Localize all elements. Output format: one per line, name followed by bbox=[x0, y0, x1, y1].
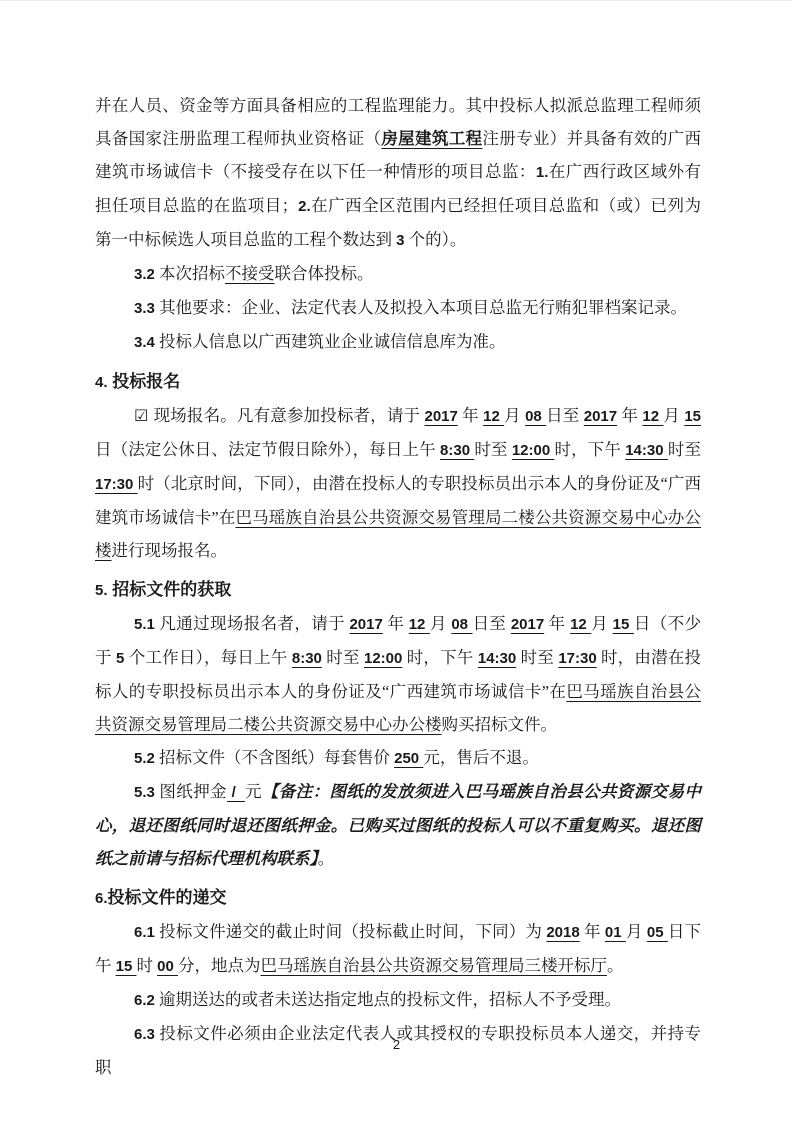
text-run: 本次招标 bbox=[155, 264, 225, 283]
text-run: 3.4 bbox=[134, 334, 155, 351]
body-paragraph-5-2: 5.2 招标文件（不含图纸）每套售价 250 元，售后不退。 bbox=[95, 741, 701, 775]
text-run: 时 bbox=[136, 956, 157, 975]
section-heading-6: 6.投标文件的递交 bbox=[95, 881, 701, 915]
text-run: 月 bbox=[504, 406, 525, 425]
text-run: 3.3 bbox=[134, 300, 155, 317]
section-heading-4: 4. 投标报名 bbox=[95, 365, 701, 399]
text-run: 年 bbox=[458, 406, 483, 425]
text-run: 08 bbox=[525, 408, 546, 425]
text-run: 。 bbox=[318, 849, 335, 868]
text-run: 5.2 bbox=[134, 750, 155, 767]
text-run: 2018 bbox=[546, 924, 579, 941]
text-run: / bbox=[227, 784, 245, 801]
text-run: 日至 bbox=[473, 614, 511, 633]
text-run: 月 bbox=[663, 406, 684, 425]
text-run: 6.1 bbox=[134, 924, 155, 941]
text-run: 招标文件的获取 bbox=[108, 580, 232, 599]
text-run: 不接受 bbox=[225, 264, 275, 283]
text-run: 逾期送达的或者未送达指定地点的投标文件，招标人不予受理。 bbox=[155, 990, 621, 1009]
text-run: 其他要求：企业、法定代表人及拟投入本项目总监无行贿犯罪档案记录。 bbox=[155, 298, 687, 317]
text-run: 房屋建筑工程 bbox=[381, 129, 482, 148]
text-run: 年 bbox=[383, 614, 409, 633]
text-run: 12 bbox=[483, 408, 504, 425]
text-run: 现场报名。凡有意参加投标者，请于 bbox=[154, 406, 425, 425]
body-paragraph-3-3: 3.3 其他要求：企业、法定代表人及拟投入本项目总监无行贿犯罪档案记录。 bbox=[95, 291, 701, 325]
text-run: 联合体投标。 bbox=[274, 264, 373, 283]
text-run: 17:30 bbox=[558, 650, 596, 667]
text-run: 。 bbox=[607, 956, 624, 975]
text-run: 凡通过现场报名者，请于 bbox=[155, 614, 350, 633]
text-run: 元，售后不退。 bbox=[423, 748, 539, 767]
text-run: 2017 bbox=[349, 616, 382, 633]
text-run: 时至 bbox=[474, 440, 512, 459]
text-run: 6. bbox=[95, 890, 108, 907]
text-run: 2017 bbox=[584, 408, 617, 425]
body-paragraph-6-2: 6.2 逾期送达的或者未送达指定地点的投标文件，招标人不予受理。 bbox=[95, 983, 701, 1017]
text-run: 8:30 bbox=[440, 442, 474, 459]
text-run: 2017 bbox=[425, 408, 458, 425]
text-run: 月 bbox=[626, 922, 647, 941]
text-run: 6.2 bbox=[134, 992, 155, 1009]
text-run: 投标文件的递交 bbox=[108, 888, 227, 907]
text-run: 2. bbox=[298, 198, 311, 215]
section-heading-5: 5. 招标文件的获取 bbox=[95, 573, 701, 607]
text-run: 年 bbox=[617, 406, 642, 425]
body-paragraph-3-1-continued: 并在人员、资金等方面具备相应的工程监理能力。其中投标人拟派总监理工程师须具备国家… bbox=[95, 89, 701, 257]
text-run: 投标报名 bbox=[108, 372, 181, 391]
text-run: 时，下午 bbox=[402, 648, 478, 667]
body-paragraph-3-4: 3.4 投标人信息以广西建筑业企业诚信信息库为准。 bbox=[95, 325, 701, 359]
text-run: 巴马瑶族自治县公共资源交易管理局三楼开标厅 bbox=[260, 956, 607, 975]
text-run: 时至 bbox=[668, 440, 701, 459]
text-run: 进行现场报名。 bbox=[112, 541, 228, 560]
text-run: 4. bbox=[95, 374, 108, 391]
text-run: 时，下午 bbox=[554, 440, 625, 459]
body-paragraph-5-3: 5.3 图纸押金 / 元【备注：图纸的发放须进入巴马瑶族自治县公共资源交易中心，… bbox=[95, 775, 701, 875]
text-run: 日至 bbox=[546, 406, 584, 425]
text-run: 元 bbox=[245, 782, 262, 801]
text-run: 15 bbox=[613, 616, 634, 633]
text-run: 年 bbox=[580, 922, 605, 941]
text-run: 250 bbox=[394, 750, 423, 767]
text-run: 时至 bbox=[516, 648, 558, 667]
text-run: 05 bbox=[647, 924, 668, 941]
text-run: 个工作日），每日上午 bbox=[124, 648, 291, 667]
body-paragraph-3-2: 3.2 本次招标不接受联合体投标。 bbox=[95, 257, 701, 291]
body-paragraph-5-1: 5.1 凡通过现场报名者，请于 2017 年 12 月 08 日至 2017 年… bbox=[95, 607, 701, 741]
text-run: 12 bbox=[570, 616, 591, 633]
text-run: 14:30 bbox=[625, 442, 668, 459]
text-run: 分，地点为 bbox=[178, 956, 261, 975]
text-run: 15 bbox=[116, 958, 137, 975]
text-run: 5. bbox=[95, 582, 108, 599]
text-run: 00 bbox=[157, 958, 178, 975]
text-run: 投标文件递交的截止时间（投标截止时间，下同）为 bbox=[155, 922, 546, 941]
text-run: 月 bbox=[430, 614, 451, 633]
text-run: 5.1 bbox=[134, 616, 155, 633]
text-run: 12:00 bbox=[512, 442, 555, 459]
text-run: 招标文件（不含图纸）每套售价 bbox=[155, 748, 394, 767]
body-paragraph-6-1: 6.1 投标文件递交的截止时间（投标截止时间，下同）为 2018 年 01 月 … bbox=[95, 915, 701, 983]
text-run: 8:30 bbox=[292, 650, 322, 667]
text-run: 3.2 bbox=[134, 266, 155, 283]
text-run: 5.3 bbox=[134, 784, 155, 801]
text-run: 12:00 bbox=[364, 650, 402, 667]
page-number: 2 bbox=[0, 1037, 793, 1052]
text-run: 01 bbox=[605, 924, 626, 941]
text-run: 年 bbox=[544, 614, 570, 633]
text-run: 投标人信息以广西建筑业企业诚信信息库为准。 bbox=[155, 332, 506, 351]
text-run: 08 bbox=[451, 616, 472, 633]
document-page: 并在人员、资金等方面具备相应的工程监理能力。其中投标人拟派总监理工程师须具备国家… bbox=[0, 0, 793, 1123]
text-run: 1. bbox=[536, 164, 549, 181]
text-run: 17:30 bbox=[95, 476, 138, 493]
text-run: 15 bbox=[684, 408, 701, 425]
text-run: 月 bbox=[591, 614, 612, 633]
text-run: 图纸押金 bbox=[155, 782, 227, 801]
text-run: 日（法定公休日、法定节假日除外），每日上午 bbox=[95, 440, 440, 459]
text-run: 14:30 bbox=[478, 650, 516, 667]
text-run: 个的）。 bbox=[404, 230, 466, 249]
document-content: 并在人员、资金等方面具备相应的工程监理能力。其中投标人拟派总监理工程师须具备国家… bbox=[95, 89, 701, 1084]
text-run: 12 bbox=[642, 408, 663, 425]
text-run: 购买招标文件。 bbox=[442, 715, 558, 734]
text-run: 2017 bbox=[511, 616, 544, 633]
body-paragraph-4-signup: ☑ 现场报名。凡有意参加投标者，请于 2017 年 12 月 08 日至 201… bbox=[95, 399, 701, 567]
text-run: 12 bbox=[409, 616, 430, 633]
checked-checkbox-icon: ☑ bbox=[134, 406, 154, 425]
text-run: 时至 bbox=[322, 648, 364, 667]
